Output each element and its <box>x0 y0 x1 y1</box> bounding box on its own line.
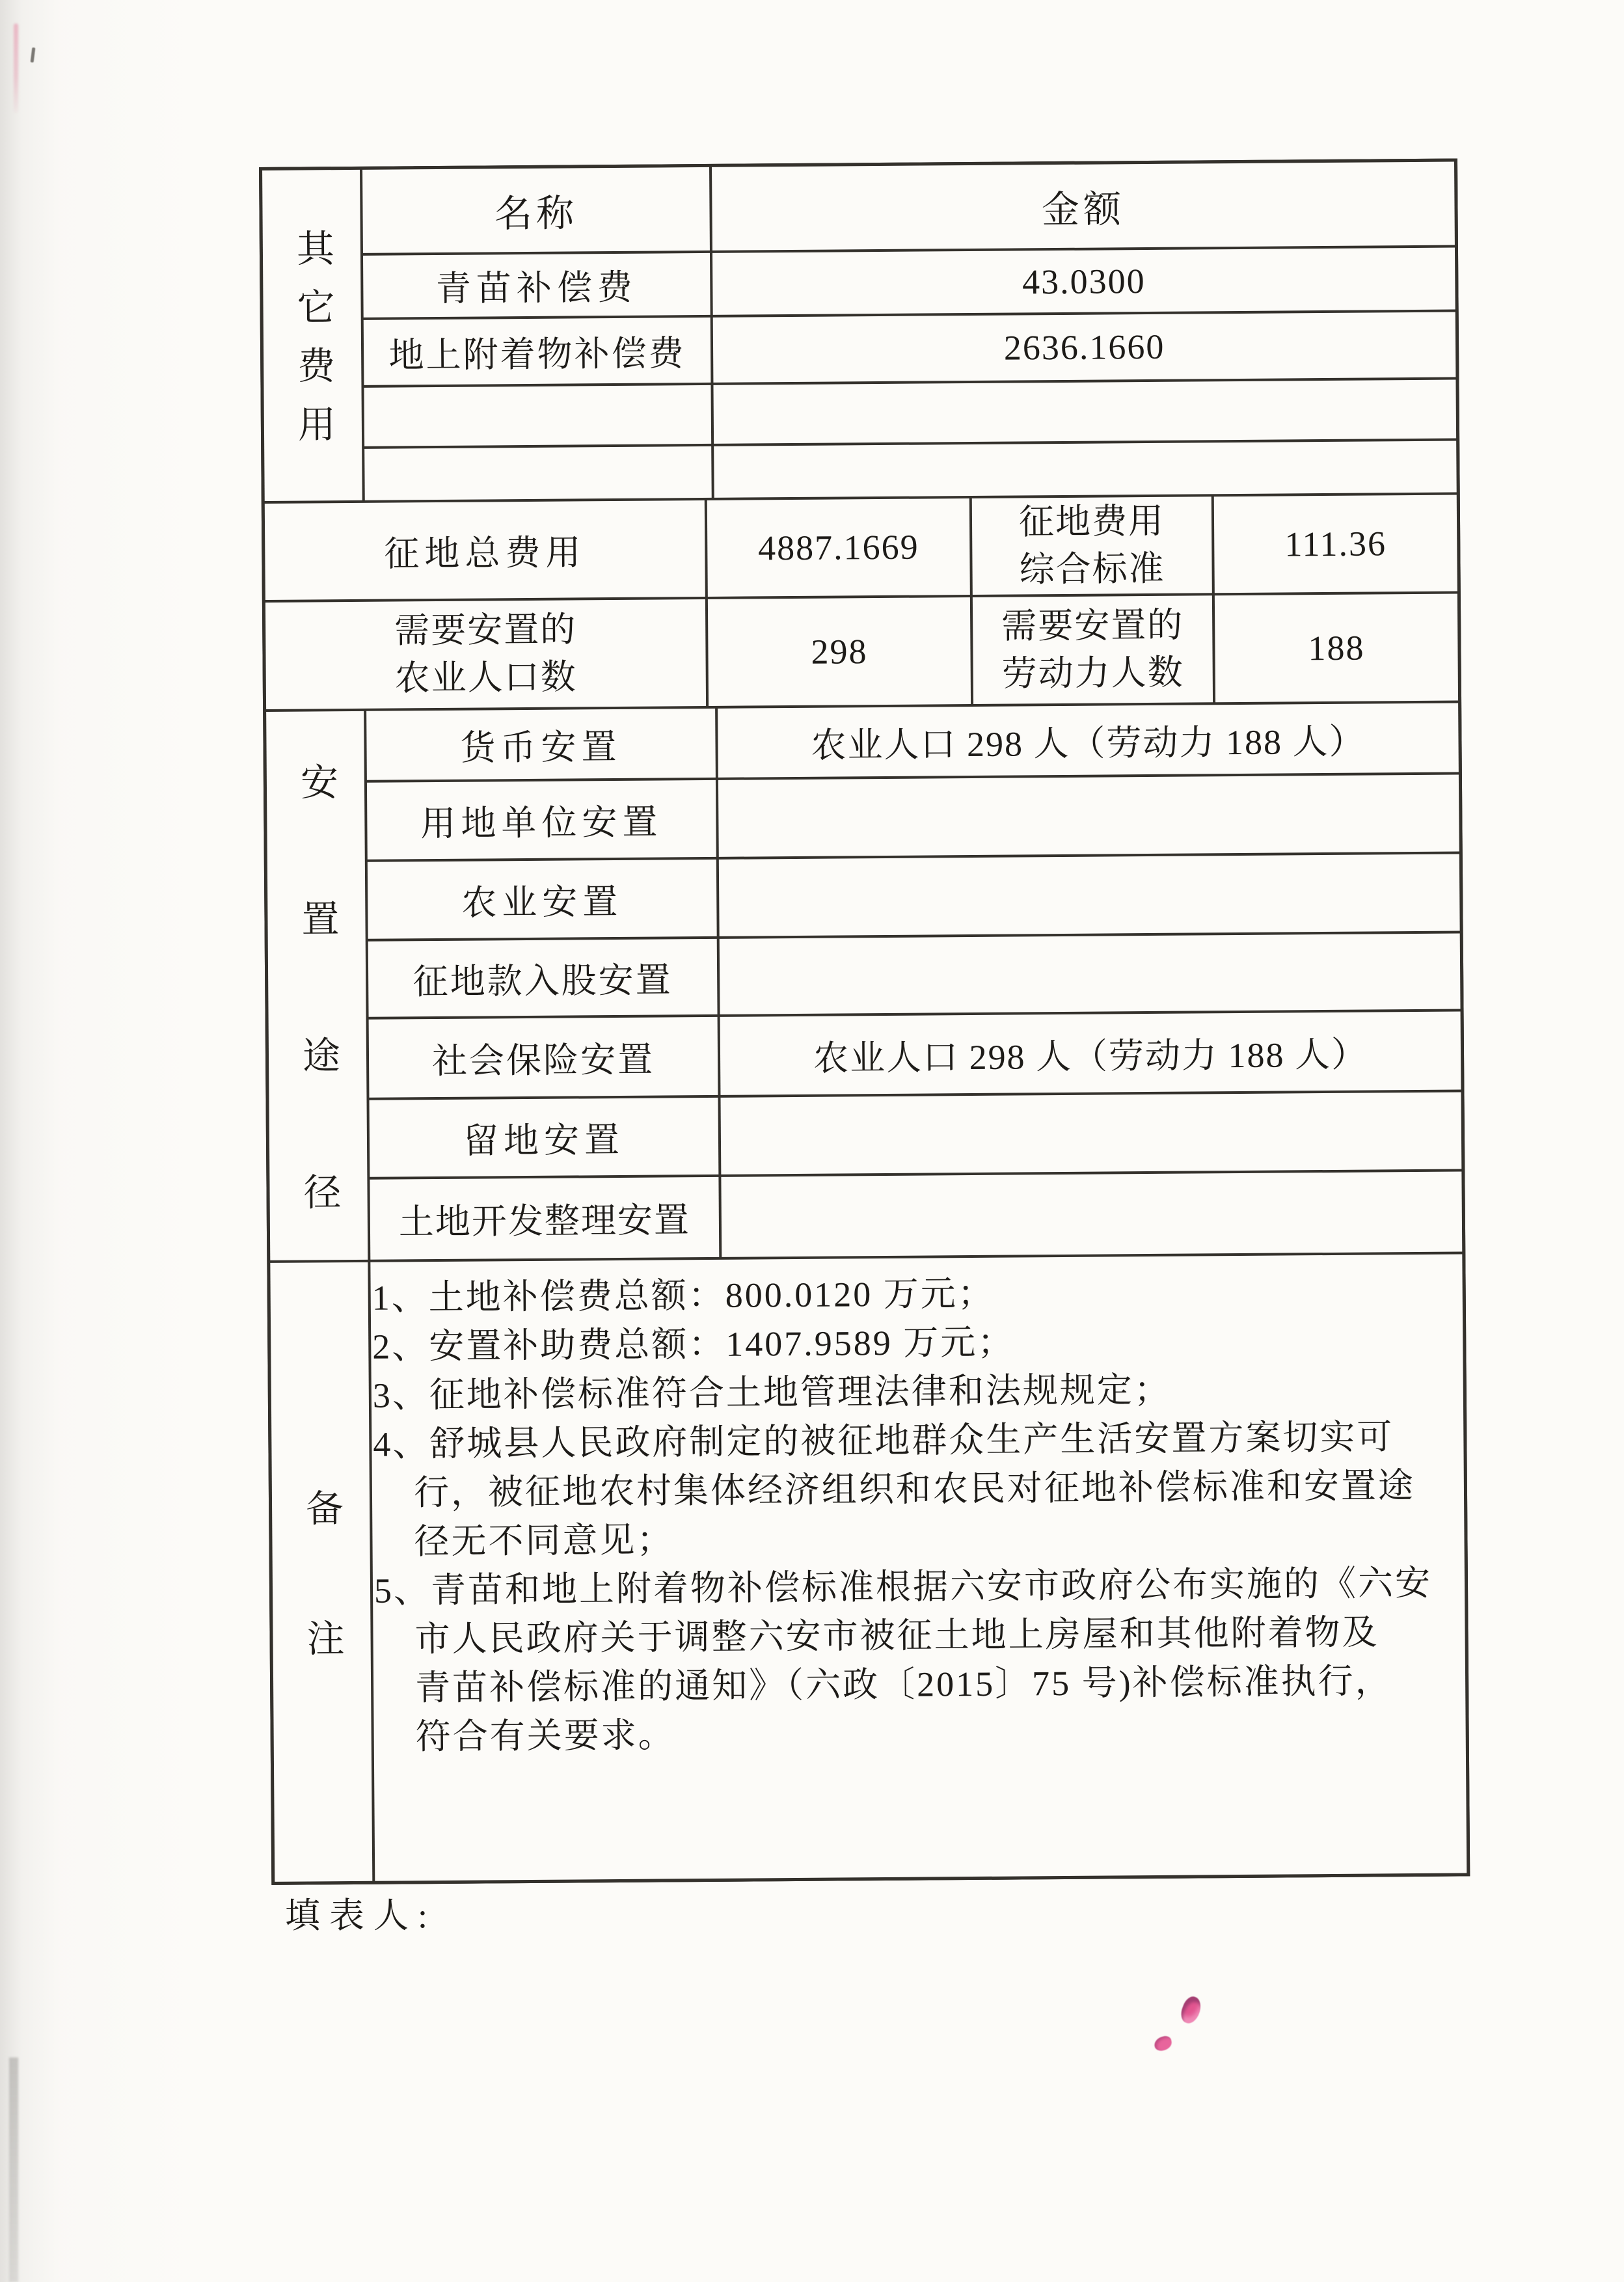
row-header-remarks-label: 备注 <box>293 1488 350 1749</box>
labor-count-value: 188 <box>1215 594 1458 703</box>
row-header-other-fees: 其它费用 <box>262 170 362 501</box>
edge-gray-streak-artifact <box>9 2058 18 2282</box>
remark-item: 4、舒城县人民政府制定的被征地群众生产生活安置方案切实可 行，被征地农村集体经济… <box>373 1413 1445 1567</box>
stray-ink-tick <box>31 48 36 62</box>
resettlement-value: 农业人口 298 人（劳动力 188 人） <box>718 703 1459 778</box>
col-header-name: 名称 <box>362 167 710 253</box>
scanned-page: 其它费用 名称 金额 青苗补偿费 43.0300 地上附着物补偿费 2636.1… <box>0 0 1624 2282</box>
fee-row-amount-empty <box>713 380 1456 444</box>
row-header-resettlement: 安置途径 <box>266 711 368 1260</box>
resettlement-name: 用地单位安置 <box>367 780 716 860</box>
resettlement-value <box>718 775 1459 857</box>
labor-count-label: 需要安置的 劳动力人数 <box>973 595 1213 704</box>
fee-row-amount: 2636.1660 <box>713 312 1456 383</box>
fee-row-name: 地上附着物补偿费 <box>364 318 711 385</box>
resettlement-value <box>719 854 1460 936</box>
total-cost-label: 征地总费用 <box>265 500 705 600</box>
resettlement-name: 农业安置 <box>368 860 717 939</box>
resettlement-value <box>721 1171 1462 1256</box>
fee-row-name-empty <box>364 385 711 446</box>
total-cost-value: 4887.1669 <box>707 498 970 597</box>
scanner-edge-shadow <box>0 0 195 2282</box>
resettlement-value <box>721 1092 1462 1174</box>
section-resettlement: 安置途径 货币安置 农业人口 298 人（劳动力 188 人） 用地单位安置 农… <box>266 703 1462 1260</box>
compensation-table: 其它费用 名称 金额 青苗补偿费 43.0300 地上附着物补偿费 2636.1… <box>259 158 1470 1884</box>
resettlement-name: 货币安置 <box>366 709 716 780</box>
remark-item: 1、土地补偿费总额：800.0120 万元； <box>372 1266 1443 1323</box>
fee-row-name: 青苗补偿费 <box>363 253 710 318</box>
pink-ink-mark <box>1178 1994 1204 2026</box>
resettlement-value <box>720 934 1461 1014</box>
col-header-amount: 金额 <box>712 162 1455 251</box>
row-header-resettlement-label: 安置途径 <box>288 762 347 1260</box>
section-other-fees: 其它费用 名称 金额 青苗补偿费 43.0300 地上附着物补偿费 2636.1… <box>262 162 1457 501</box>
resettlement-name: 土地开发整理安置 <box>370 1177 719 1260</box>
resettlement-value: 农业人口 298 人（劳动力 188 人） <box>720 1011 1461 1094</box>
pink-ink-dot <box>1153 2035 1173 2052</box>
resettlement-name: 社会保险安置 <box>369 1017 718 1098</box>
remarks-content: 1、土地补偿费总额：800.0120 万元； 2、安置补助费总额：1407.95… <box>370 1254 1467 1881</box>
comprehensive-standard-value: 111.36 <box>1214 495 1457 593</box>
agri-population-value: 298 <box>708 597 971 706</box>
form-filler-label: 填表人: <box>285 1888 437 1938</box>
row-header-other-fees-label: 其它费用 <box>284 228 341 463</box>
remark-item: 5、青苗和地上附着物补偿标准根据六安市政府公布实施的《六安 市人民政府关于调整六… <box>374 1559 1446 1762</box>
resettlement-name: 征地款入股安置 <box>368 939 718 1017</box>
remark-item: 2、安置补助费总额：1407.9589 万元； <box>372 1315 1444 1372</box>
fee-row-amount-empty <box>714 441 1457 498</box>
resettlement-name: 留地安置 <box>370 1098 719 1177</box>
comprehensive-standard-label: 征地费用 综合标准 <box>972 496 1212 595</box>
row-header-remarks: 备注 <box>270 1262 372 1882</box>
fee-row-name-empty <box>364 446 712 500</box>
remark-item: 3、征地补偿标准符合土地管理法律和法规规定； <box>373 1364 1444 1420</box>
section-summary: 征地总费用 4887.1669 征地费用 综合标准 111.36 需要安置的 农… <box>265 495 1458 709</box>
section-remarks: 备注 1、土地补偿费总额：800.0120 万元； 2、安置补助费总额：1407… <box>270 1254 1467 1881</box>
edge-pink-streak-artifact <box>14 23 18 113</box>
agri-population-label: 需要安置的 农业人口数 <box>265 599 706 709</box>
fee-row-amount: 43.0300 <box>712 248 1455 315</box>
